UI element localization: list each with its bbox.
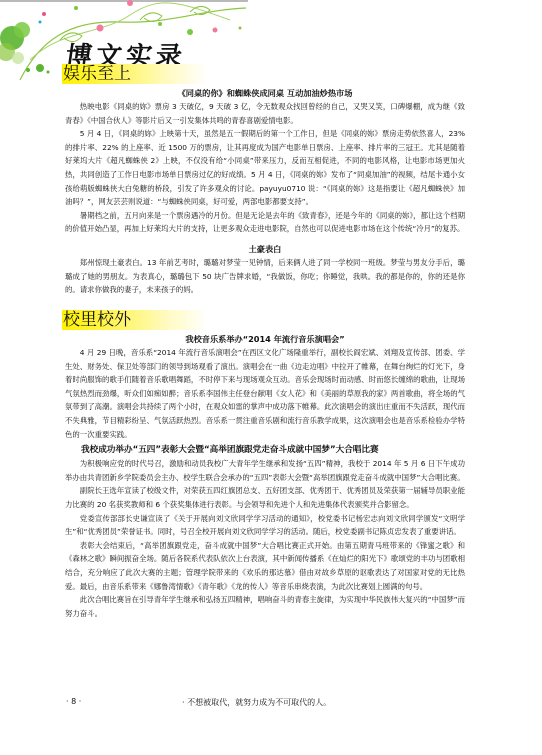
article-paragraph: 此次合唱比赛旨在引导青年学生继承和弘扬五四精神，唱响奋斗的青春主旋律，为实现中华… [65,593,465,620]
article-paragraph: 暑期档之前，五月向来是一个票房遇冷的月份。但是无论是去年的《致青春》，还是今年的… [65,209,465,236]
article-title: 《同桌的你》和蜘蛛侠成同桌 互动加油炒热市场 [65,86,465,100]
section-banner-entertainment: 娱乐至上 [62,64,208,84]
article-paragraph: 为积极响应党的时代号召，激励和动员我校广大青年学生继承和发扬“五四”精神，我校于… [65,457,465,484]
article-paragraph: 表彰大会结束后，“高举团旗跟党走，奋斗成就中国梦”大合唱比赛正式开始。由第五期青… [65,539,465,593]
section-campus-content: 我校音乐系举办“2014 年流行音乐演唱会” 4 月 29 日晚，音乐系“201… [65,332,465,620]
article-paragraph: 郑州惊现土豪表白。13 年前艺考时，璐璐对梦莹一见钟情，后来俩人进了同一学校同一… [65,256,465,297]
section-entertainment-content: 《同桌的你》和蜘蛛侠成同桌 互动加油炒热市场 热映电影《同桌的妳》票房 3 天破… [65,86,465,297]
footer-motto: · 不想被取代，就努力成为不可取代的人。 [182,697,331,708]
section-banner-campus: 校里校外 [62,310,208,330]
article-paragraph: 党委宣传部部长史谦宣读了《关于开展向刘文欣同学学习活动的通知》，校党委书记杨宏志… [65,512,465,539]
article-paragraph: 4 月 29 日晚，音乐系“2014 年流行音乐演唱会”在西区文化广场隆重举行，… [65,346,465,441]
article-paragraph: 副院长王选年宣读了校级文件，对荣获五四红旗团总支、五好团支部、优秀团干、优秀团员… [65,484,465,511]
article-paragraph: 5 月 4 日，《同桌的妳》上映第十天，虽然是五一假期后的第一个工作日，但是《同… [65,127,465,209]
article-title: 我校成功举办“五四”表彰大会暨“高举团旗跟党走奋斗成就中国梦”大合唱比赛 [65,443,465,457]
article-paragraph: 热映电影《同桌的妳》票房 3 天破亿，9 天破 3 亿，令无数观众找回曾经的自己… [65,100,465,127]
article-title: 土豪表白 [65,242,465,256]
article-title: 我校音乐系举办“2014 年流行音乐演唱会” [65,332,465,346]
page-number: · 8 · [66,697,81,706]
